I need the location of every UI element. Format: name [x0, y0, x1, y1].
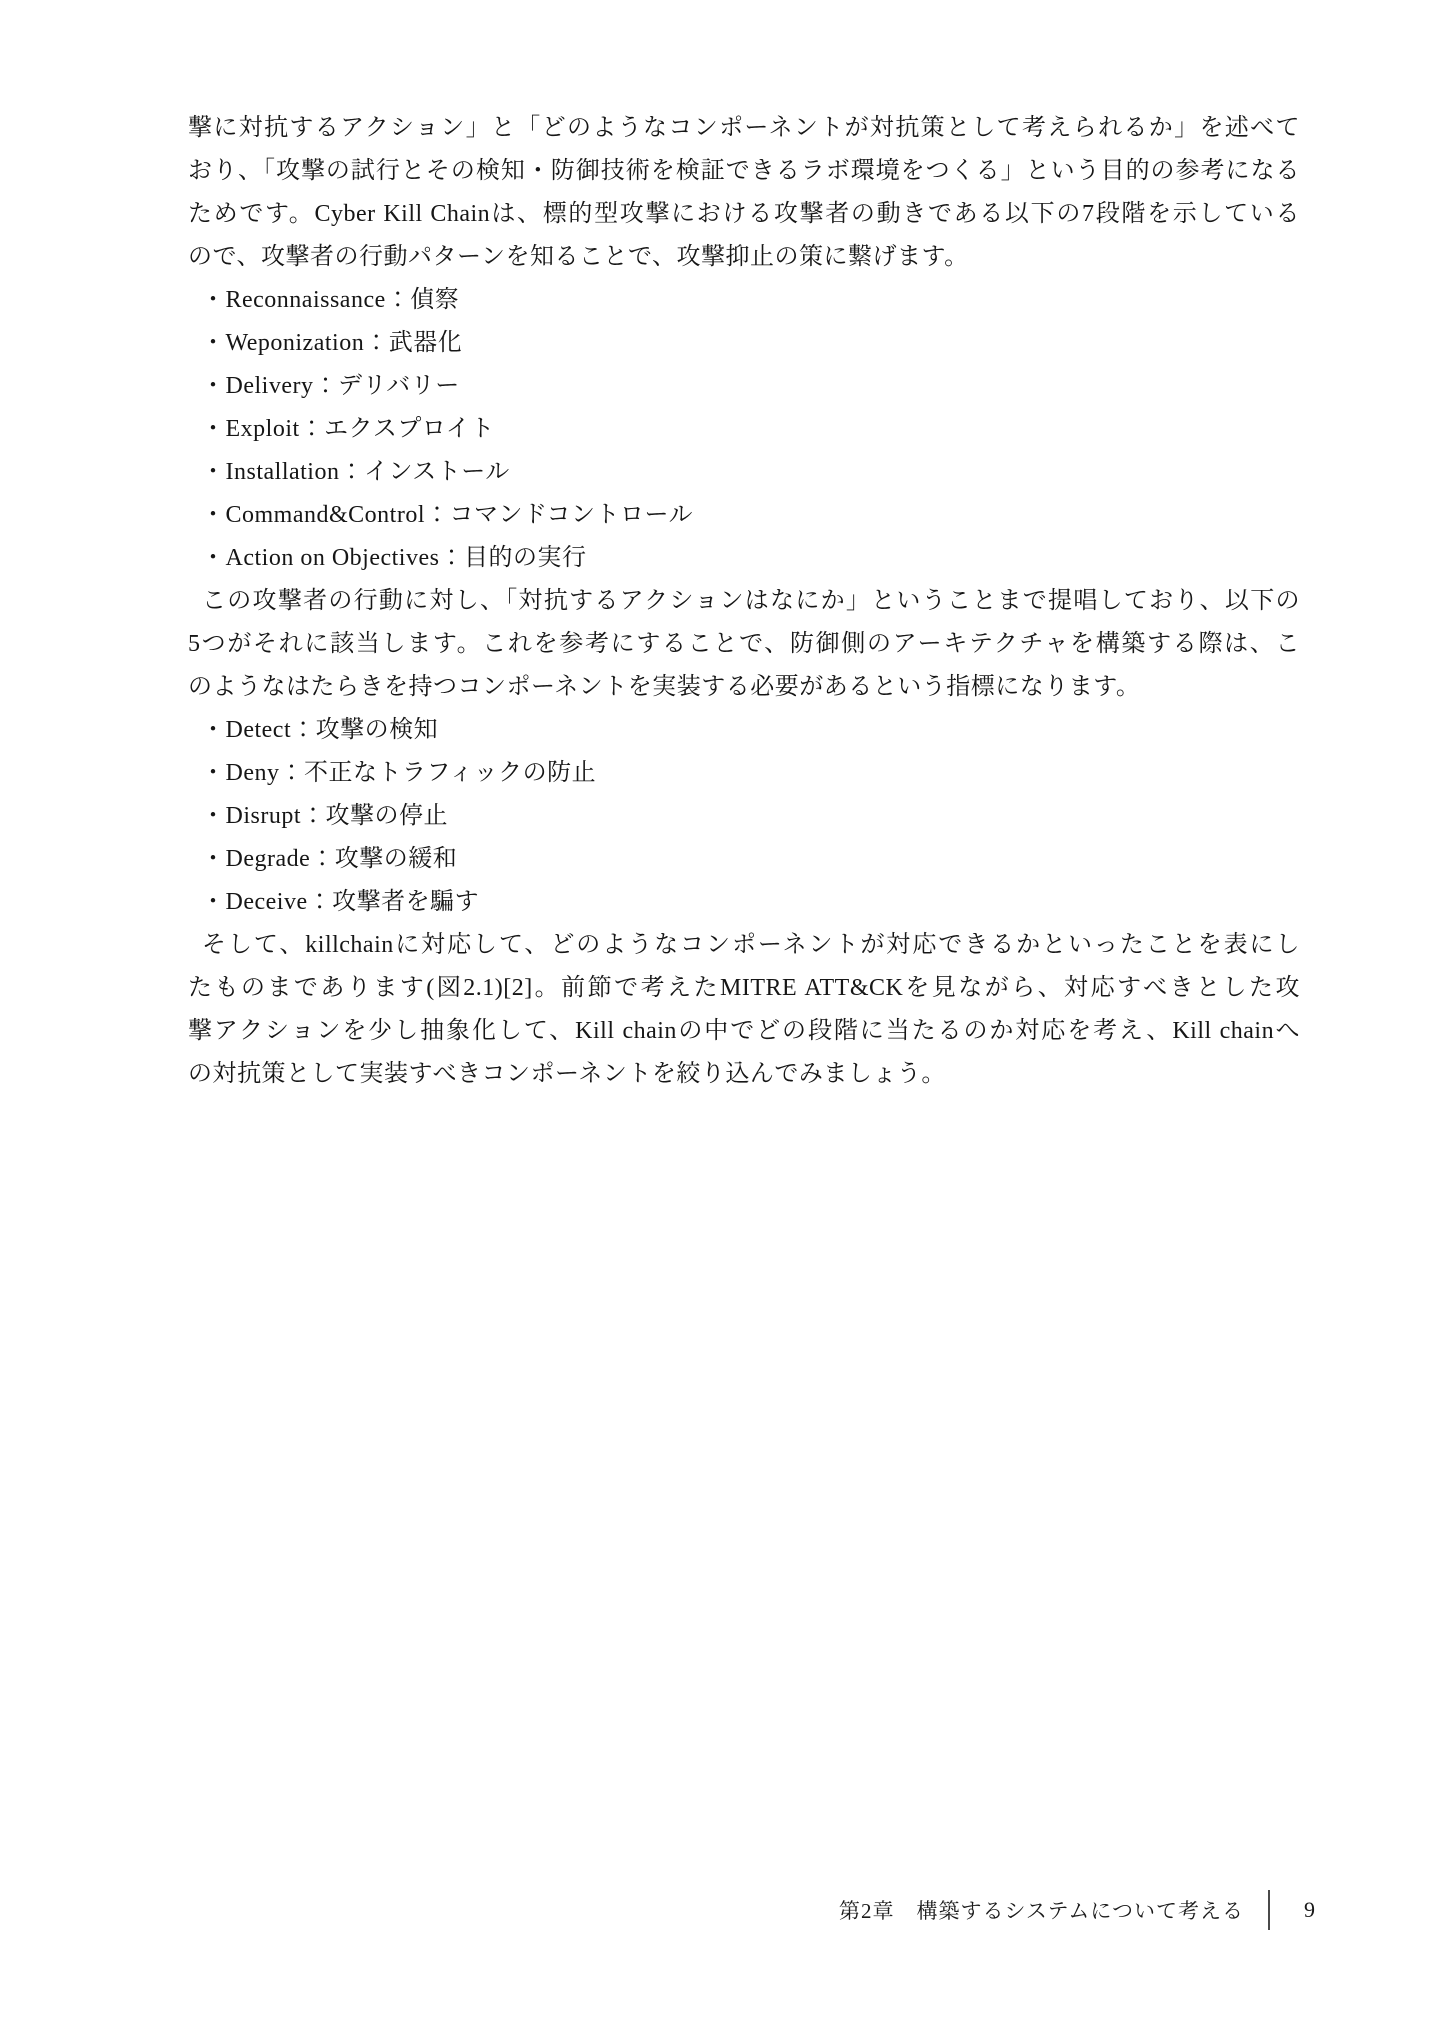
list-item: ・Command&Control：コマンドコントロール — [188, 494, 1300, 537]
paragraph-line: 5つがそれに該当します。これを参考にすることで、防御側のアーキテクチャを構築する… — [188, 623, 1300, 666]
closing-paragraph: そして、killchainに対応して、どのようなコンポーネントが対応できるかとい… — [188, 924, 1300, 1096]
kill-chain-stage-list: ・Reconnaissance：偵察 ・Weponization：武器化 ・De… — [188, 279, 1300, 580]
page-body-text: 撃に対抗するアクション」と「どのようなコンポーネントが対抗策として考えられるか」… — [188, 107, 1300, 1096]
paragraph-line: のようなはたらきを持つコンポーネントを実装する必要があるという指標になります。 — [188, 666, 1300, 709]
paragraph-line: そして、killchainに対応して、どのようなコンポーネントが対応できるかとい… — [188, 924, 1300, 967]
list-item: ・Installation：インストール — [188, 451, 1300, 494]
paragraph-line: の対抗策として実装すべきコンポーネントを絞り込んでみましょう。 — [188, 1053, 1300, 1096]
list-item: ・Delivery：デリバリー — [188, 365, 1300, 408]
paragraph-line: たものまであります(図2.1)[2]。前節で考えたMITRE ATT&CKを見な… — [188, 967, 1300, 1010]
book-page: 撃に対抗するアクション」と「どのようなコンポーネントが対抗策として考えられるか」… — [0, 0, 1433, 2024]
page-footer: 第2章 構築するシステムについて考える 9 — [839, 1888, 1315, 1932]
footer-divider — [1268, 1890, 1270, 1930]
list-item: ・Exploit：エクスプロイト — [188, 408, 1300, 451]
list-item: ・Detect：攻撃の検知 — [188, 709, 1300, 752]
paragraph-line: ためです。Cyber Kill Chainは、標的型攻撃における攻撃者の動きであ… — [188, 193, 1300, 236]
intro-paragraph: 撃に対抗するアクション」と「どのようなコンポーネントが対抗策として考えられるか」… — [188, 107, 1300, 279]
list-item: ・Deceive：攻撃者を騙す — [188, 881, 1300, 924]
courses-of-action-list: ・Detect：攻撃の検知 ・Deny：不正なトラフィックの防止 ・Disrup… — [188, 709, 1300, 924]
list-item: ・Degrade：攻撃の緩和 — [188, 838, 1300, 881]
paragraph-line: 撃に対抗するアクション」と「どのようなコンポーネントが対抗策として考えられるか」… — [188, 107, 1300, 150]
page-number: 9 — [1304, 1897, 1315, 1923]
paragraph-line: おり、「攻撃の試行とその検知・防御技術を検証できるラボ環境をつくる」という目的の… — [188, 150, 1300, 193]
list-item: ・Action on Objectives：目的の実行 — [188, 537, 1300, 580]
paragraph-line: この攻撃者の行動に対し、「対抗するアクションはなにか」ということまで提唱しており… — [188, 580, 1300, 623]
list-item: ・Weponization：武器化 — [188, 322, 1300, 365]
courses-of-action-paragraph: この攻撃者の行動に対し、「対抗するアクションはなにか」ということまで提唱しており… — [188, 580, 1300, 709]
chapter-title: 第2章 構築するシステムについて考える — [839, 1895, 1244, 1925]
paragraph-line: ので、攻撃者の行動パターンを知ることで、攻撃抑止の策に繋げます。 — [188, 236, 1300, 279]
list-item: ・Deny：不正なトラフィックの防止 — [188, 752, 1300, 795]
list-item: ・Disrupt：攻撃の停止 — [188, 795, 1300, 838]
paragraph-line: 撃アクションを少し抽象化して、Kill chainの中でどの段階に当たるのか対応… — [188, 1010, 1300, 1053]
list-item: ・Reconnaissance：偵察 — [188, 279, 1300, 322]
